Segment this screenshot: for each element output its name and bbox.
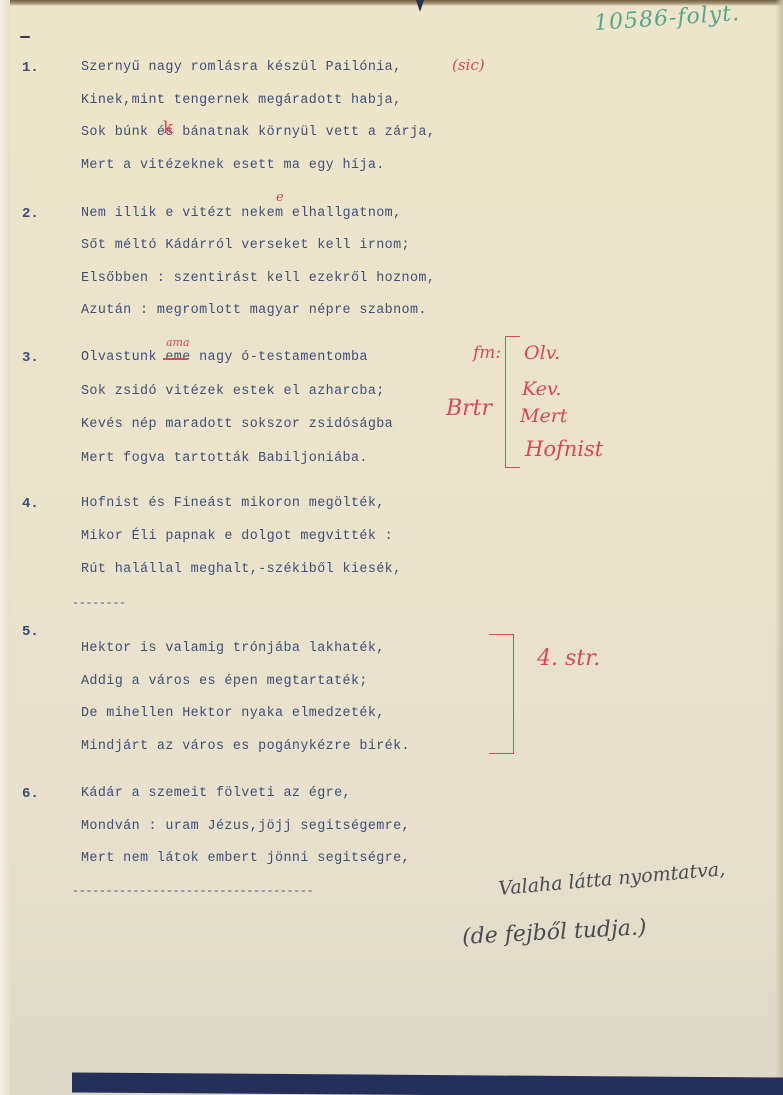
verse-line: Elsőbben : szentirást kell ezekről hozno… [81, 271, 435, 286]
stanza-number: 4. [22, 496, 39, 512]
verse-line: Nem illik e vitézt nekem elhallgatnom, [81, 206, 402, 221]
red-stanza-note: 4. str. [537, 646, 600, 671]
verse-line: Sok zsidó vitézek estek el azharcba; [81, 384, 385, 399]
verse-line: De mihellen Hektor nyaka elmedzeték, [81, 706, 385, 721]
red-margin-brtr: Brtr [446, 396, 492, 421]
verse-line: Kevés nép maradott sokszor zsidóságba [81, 417, 393, 432]
verse-line: Rút halállal meghalt,-székiből kiesék, [81, 562, 402, 577]
red-correction-ama: ama [166, 336, 190, 349]
verse-line: Mert a vitézeknek esett ma egy híja. [81, 158, 385, 173]
page-right-edge [775, 0, 783, 1095]
stanza-number: 3. [22, 350, 39, 366]
verse-line: Kinek,mint tengernek megáradott habja, [81, 93, 402, 108]
verse-line: Hofnist és Fineást mikoron megölték, [81, 496, 385, 511]
page-left-edge [0, 0, 10, 1095]
archive-number: 10586-folyt. [593, 1, 740, 36]
verse-line: Mondván : uram Jézus,jöjj segitségemre, [81, 819, 410, 834]
separator-dashes: -------- [72, 596, 126, 610]
verse-line: Mert fogva tartották Babiljoniába. [81, 451, 368, 466]
stanza-number: 2. [22, 206, 39, 222]
verse-line: Azután : megromlott magyar népre szabnom… [81, 303, 427, 318]
red-sic-note: (sic) [452, 56, 485, 74]
document-page: 10586-folyt. 1. Szernyű nagy romlásra ké… [0, 0, 783, 1095]
verse-line: Addig a város es épen megtartaték; [81, 674, 368, 689]
red-strikethrough [163, 358, 188, 360]
verse-line: Mikor Éli papnak e dolgot megvitték : [81, 529, 393, 544]
red-list-item: Mert [520, 405, 567, 427]
verse-line: Hektor is valamig trónjába lakhaték, [81, 641, 385, 656]
stanza-number: 5. [22, 624, 39, 640]
stanza-number: 1. [22, 60, 39, 76]
binder-notch [416, 0, 424, 12]
pencil-note-line-2: (de fejből tudja.) [461, 915, 647, 950]
red-bracket [489, 634, 514, 754]
red-list-item: Olv. [524, 342, 560, 364]
margin-tick-mark [20, 36, 30, 38]
verse-line: Sok búnk és bánatnak környül vett a zárj… [81, 125, 435, 140]
red-margin-fm: fm: [473, 343, 501, 363]
verse-line: Mindjárt az város es pogánykézre birék. [81, 739, 410, 754]
verse-line: Kádár a szemeit fölveti az égre, [81, 786, 351, 801]
red-list-item: Hofnist [525, 437, 603, 461]
verse-line: Mert nem látok embert jönni segitségre, [81, 851, 410, 866]
verse-line: Szernyű nagy romlásra készül Pailónia, [81, 60, 402, 75]
pencil-note-line-1: Valaha látta nyomtatva, [497, 858, 726, 900]
verse-line: Olvastunk eme nagy ó-testamentomba [81, 350, 368, 365]
red-bracket [505, 336, 520, 468]
separator-dashes: ------------------------------------ [72, 884, 313, 898]
red-list-item: Kev. [522, 378, 561, 400]
red-correction-e: e [276, 190, 284, 205]
stanza-number: 6. [22, 786, 39, 802]
verse-line: Sőt méltó Kádárról verseket kell irnom; [81, 238, 410, 253]
folder-cover-edge [72, 1073, 783, 1095]
red-insert-k: k [163, 118, 173, 138]
